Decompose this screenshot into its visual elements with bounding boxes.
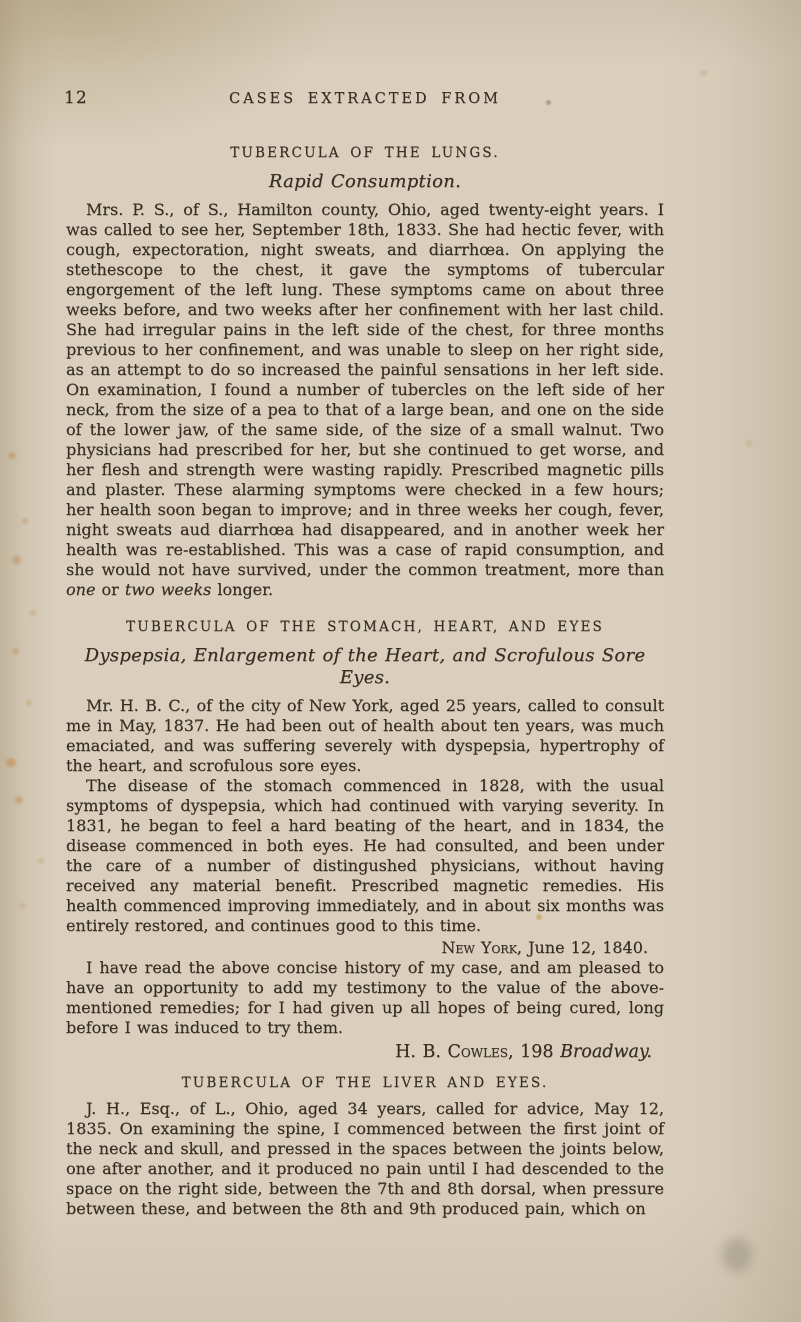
signature-name: H. B. Cowles, xyxy=(395,1042,513,1062)
signature-street: Broadway. xyxy=(560,1042,652,1062)
case-paragraph-dyspepsia: Mr. H. B. C., of the city of New York, a… xyxy=(66,696,664,776)
paper-stain xyxy=(20,903,26,909)
paper-stain xyxy=(12,648,19,655)
scanned-book-page: 12 CASES EXTRACTED FROM TUBERCULA OF THE… xyxy=(0,0,801,1322)
case-text: longer. xyxy=(211,580,273,599)
case-title-rapid-consumption: Rapid Consumption. xyxy=(66,171,664,193)
page-number: 12 xyxy=(64,88,88,108)
paper-stain xyxy=(15,796,23,804)
paper-stain xyxy=(38,858,44,864)
paper-stain xyxy=(30,610,36,616)
paper-stain xyxy=(6,758,16,767)
signature-line: H. B. Cowles, 198 Broadway. xyxy=(66,1042,664,1062)
case-paragraph-history: The disease of the stomach commenced in … xyxy=(66,776,664,936)
case-text-italic: one xyxy=(66,580,95,599)
paper-stain xyxy=(12,556,21,564)
paper-stain xyxy=(746,440,752,446)
dateline-place: New York, xyxy=(441,938,522,957)
paper-stain xyxy=(700,70,707,76)
case-text-italic: two weeks xyxy=(125,580,211,599)
case-paragraph-lungs: Mrs. P. S., of S., Hamilton county, Ohio… xyxy=(66,200,664,600)
section-heading-liver-eyes: TUBERCULA OF THE LIVER AND EYES. xyxy=(66,1074,664,1092)
case-title-dyspepsia: Dyspepsia, Enlargement of the Heart, and… xyxy=(66,645,664,689)
section-heading-stomach-heart-eyes: TUBERCULA OF THE STOMACH, HEART, AND EYE… xyxy=(66,618,664,636)
paper-stain xyxy=(22,518,28,524)
page-content: 12 CASES EXTRACTED FROM TUBERCULA OF THE… xyxy=(66,88,664,1219)
signature-number: 198 xyxy=(514,1042,561,1062)
paper-stain xyxy=(8,452,16,459)
paper-stain xyxy=(26,700,32,706)
case-text: Mrs. P. S., of S., Hamilton county, Ohio… xyxy=(66,200,664,579)
running-head: CASES EXTRACTED FROM xyxy=(229,89,501,109)
dateline: New York, June 12, 1840. xyxy=(66,938,664,958)
dateline-date: June 12, 1840. xyxy=(522,938,648,957)
paper-smudge xyxy=(722,1238,752,1272)
page-header: 12 CASES EXTRACTED FROM xyxy=(66,88,664,108)
case-paragraph-liver: J. H., Esq., of L., Ohio, aged 34 years,… xyxy=(66,1099,664,1219)
section-heading-lungs: TUBERCULA OF THE LUNGS. xyxy=(66,144,664,162)
case-text: or xyxy=(95,580,124,599)
testimonial-paragraph: I have read the above concise history of… xyxy=(66,958,664,1038)
